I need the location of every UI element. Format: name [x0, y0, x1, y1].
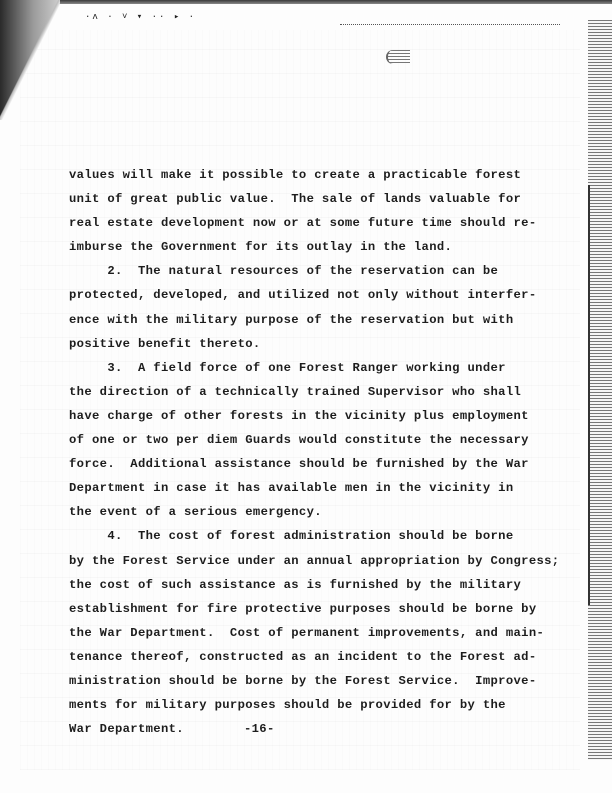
paragraph-3-start: 3. A field force of one Forest Ranger wo…	[69, 356, 559, 380]
text-line: values will make it possible to create a…	[69, 163, 559, 187]
last-line: War Department.-16-	[69, 717, 559, 741]
adjacent-page-line	[588, 185, 590, 605]
text-line: establishment for fire protective purpos…	[69, 597, 559, 621]
text-line: have charge of other forests in the vici…	[69, 404, 559, 428]
page-number: -16-	[244, 717, 275, 741]
text-line: positive benefit thereto.	[69, 332, 559, 356]
text-line: Department in case it has available men …	[69, 476, 559, 500]
text-line: unit of great public value. The sale of …	[69, 187, 559, 211]
bleed-through-bracket	[386, 50, 410, 64]
text-line: tenance thereof, constructed as an incid…	[69, 645, 559, 669]
scanned-page: ·ʌ · ˅ ▾ ·· ▸ · values will make it poss…	[0, 0, 612, 793]
text-line: by the Forest Service under an annual ap…	[69, 549, 559, 573]
text-line: the direction of a technically trained S…	[69, 380, 559, 404]
text-line: imburse the Government for its outlay in…	[69, 235, 559, 259]
paragraph-4-start: 4. The cost of forest administration sho…	[69, 524, 559, 548]
text-line: force. Additional assistance should be f…	[69, 452, 559, 476]
paragraph-2-start: 2. The natural resources of the reservat…	[69, 259, 559, 283]
text-line: ence with the military purpose of the re…	[69, 308, 559, 332]
header-specks: ·ʌ · ˅ ▾ ·· ▸ ·	[85, 12, 565, 28]
text-line: the War Department. Cost of permanent im…	[69, 621, 559, 645]
header-dotted-rule	[340, 24, 560, 25]
text-line: the event of a serious emergency.	[69, 500, 559, 524]
text-line: the cost of such assistance as is furnis…	[69, 573, 559, 597]
text-line: protected, developed, and utilized not o…	[69, 283, 559, 307]
scanner-top-edge	[0, 0, 612, 4]
text-line: of one or two per diem Guards would cons…	[69, 428, 559, 452]
folded-corner-edge	[0, 0, 60, 120]
text-line: ments for military purposes should be pr…	[69, 693, 559, 717]
text-line: War Department.	[69, 722, 184, 736]
text-line: real estate development now or at some f…	[69, 211, 559, 235]
document-body: values will make it possible to create a…	[69, 163, 559, 741]
adjacent-page-edge	[588, 20, 612, 760]
text-line: ministration should be borne by the Fore…	[69, 669, 559, 693]
